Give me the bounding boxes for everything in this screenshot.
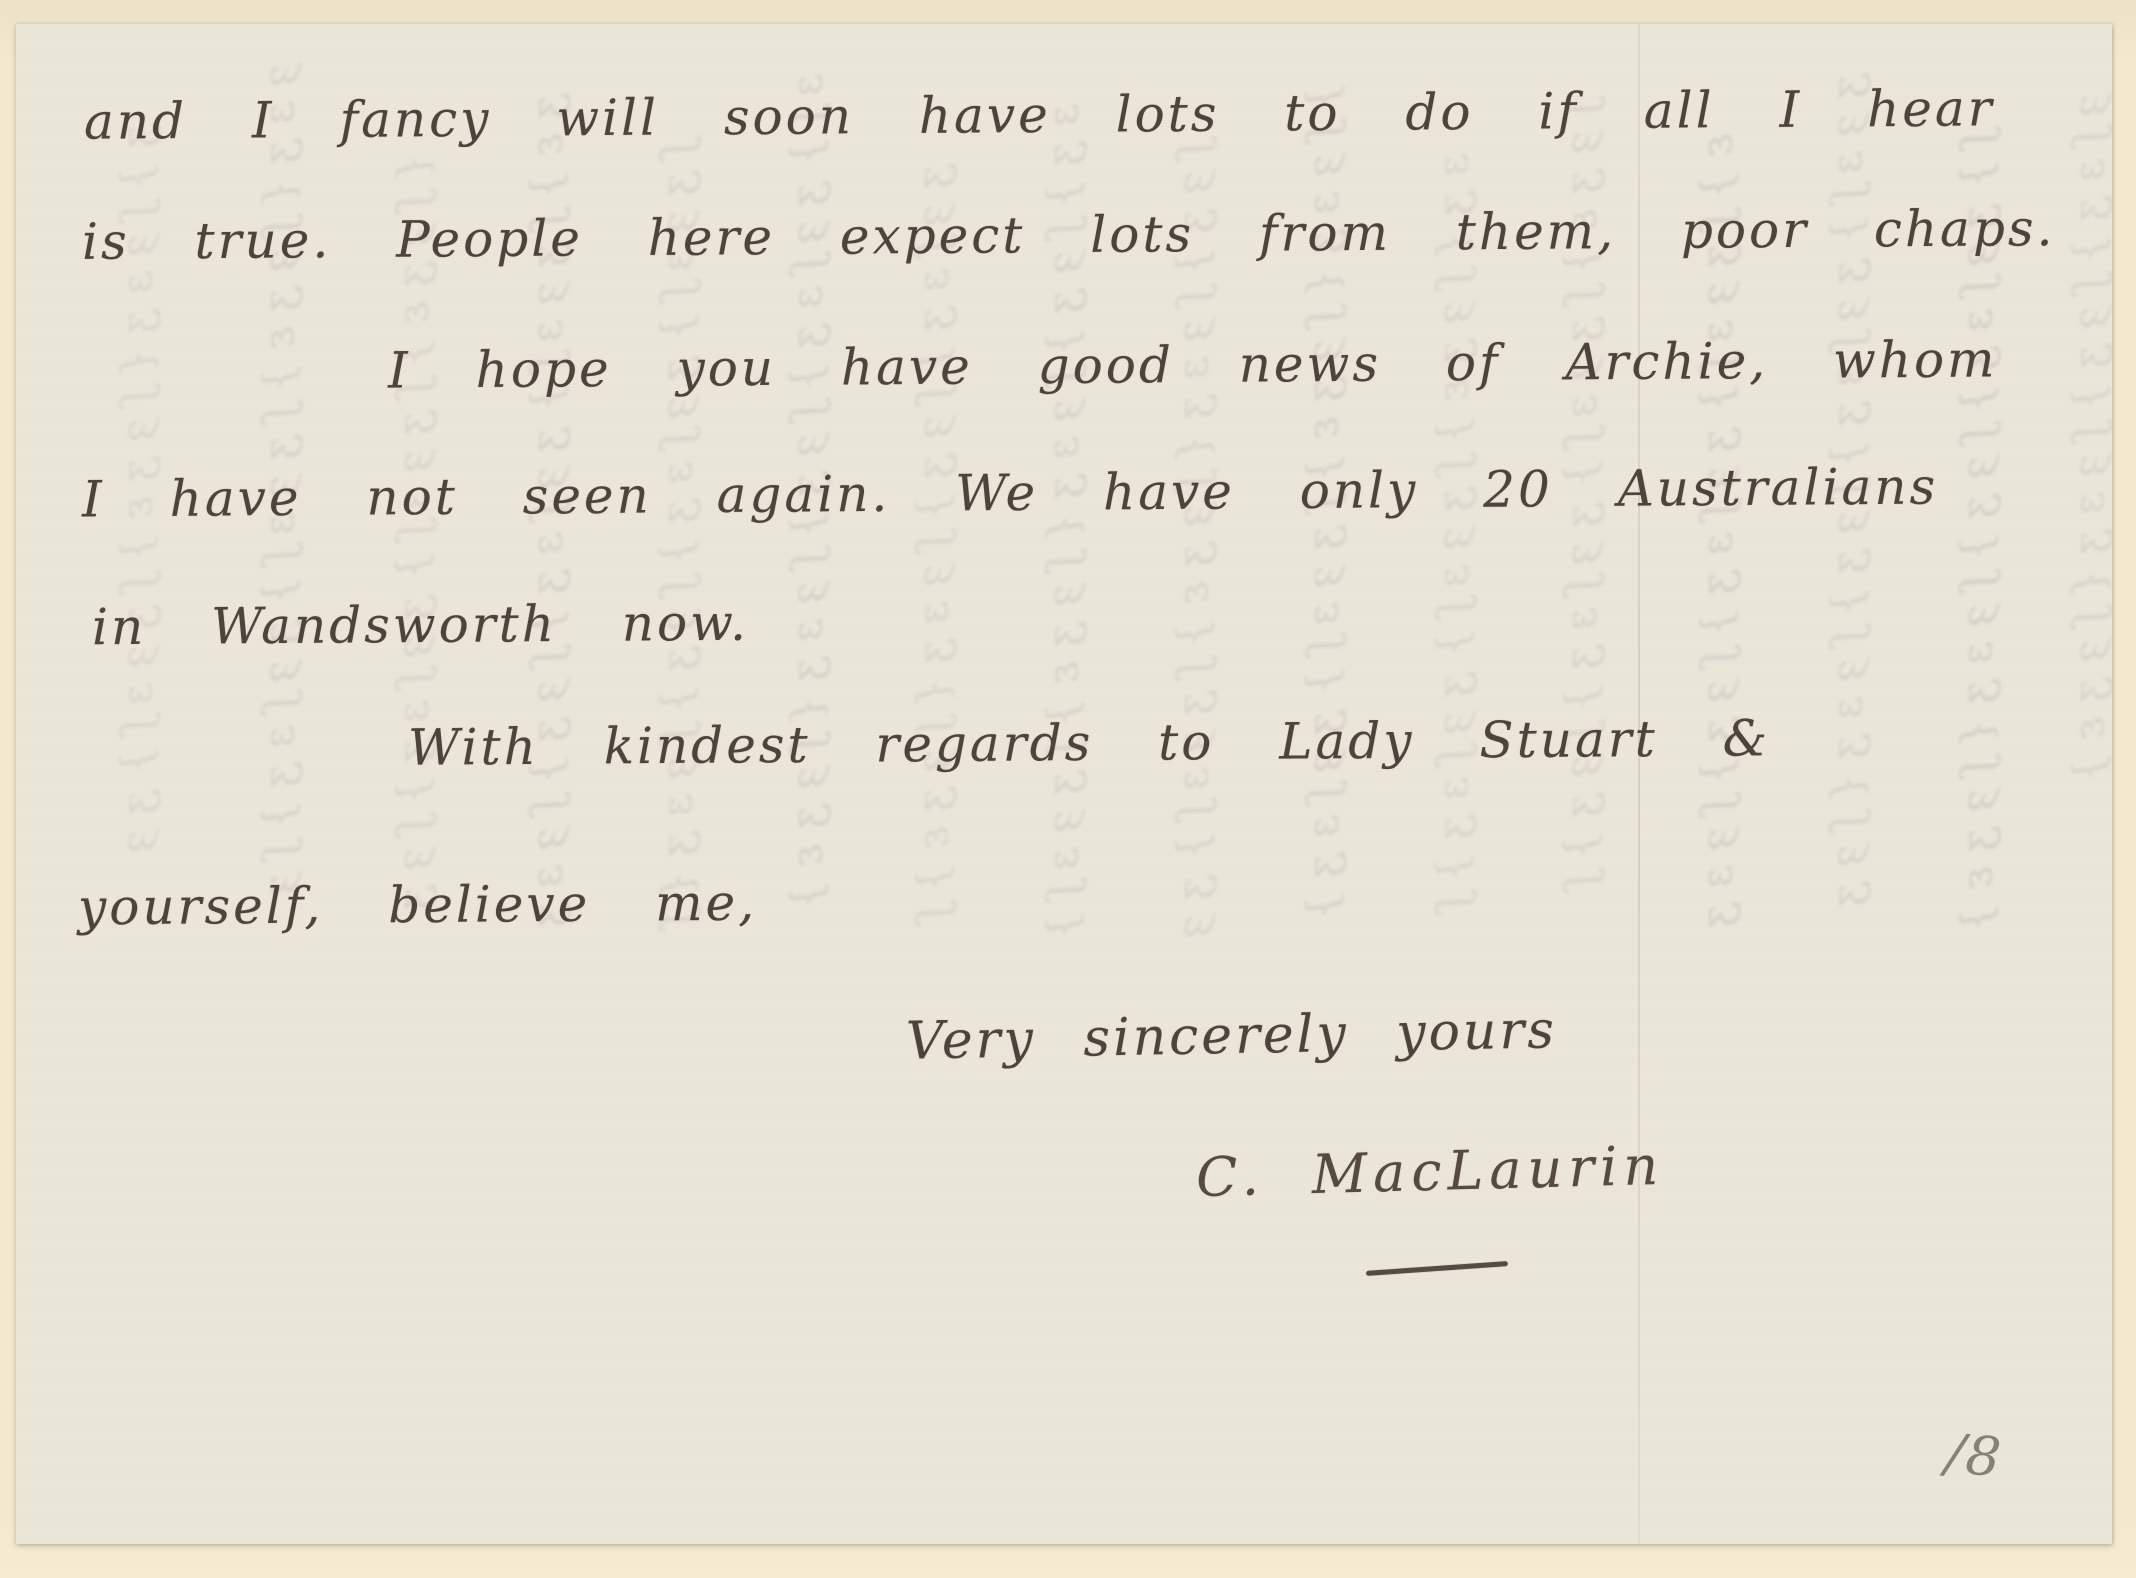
letter-line-7: yourself, believe me, (78, 874, 757, 937)
letter-line-5: in Wandsworth now. (92, 594, 749, 657)
ghost-stroke-column: ʒȝʃɜʒ}ʃȝʒ}ʃȝɜʒ{ʃȝʒɛ}ʃ (908, 164, 957, 935)
letter-line-3: I hope you have good news of Archie, who… (388, 330, 1998, 399)
ghost-stroke-column: ʃȝʒ}ʃȝɜʒ{ʃȝʒɛ}ʃʒȝɜʃ}ʒȝ (1168, 144, 1217, 953)
letter-line-6: With kindest regards to Lady Stuart & (408, 709, 1771, 777)
closing-line: Very sincerely yours (906, 1000, 1558, 1071)
ghost-stroke-column: {ʃȝʒɛ}ʃʒȝɜʃ}ʒȝʃɜʒ}ʃȝʒ (388, 154, 437, 925)
ghost-stroke-column: ɜʒ{ʃȝʒɛ}ʃʒȝɜʃ}ʒȝʃɜʒ}ʃ (1428, 154, 1477, 925)
signature: C. MacLaurin (1195, 1134, 1665, 1209)
ghost-stroke-column: ȝʃɜʒ}ʃȝʒ}ʃȝɜʒ{ʃȝʒɛ} (2064, 94, 2112, 798)
letter-page: ʒ}ʃȝɜʒ{ʃȝʒɛ}ʃʒȝɜʃ}ʒȝȝɜʒ{ʃȝʒɛ}ʃʒȝɜʃ}ʒȝʃɜʒ… (16, 24, 2112, 1544)
letter-scan: ʒ}ʃȝɜʒ{ʃȝʒɛ}ʃʒȝɜʃ}ʒȝȝɜʒ{ʃȝʒɛ}ʃʒȝɜʃ}ʒȝʃɜʒ… (0, 0, 2136, 1578)
page-number: /8 (1943, 1421, 2006, 1490)
